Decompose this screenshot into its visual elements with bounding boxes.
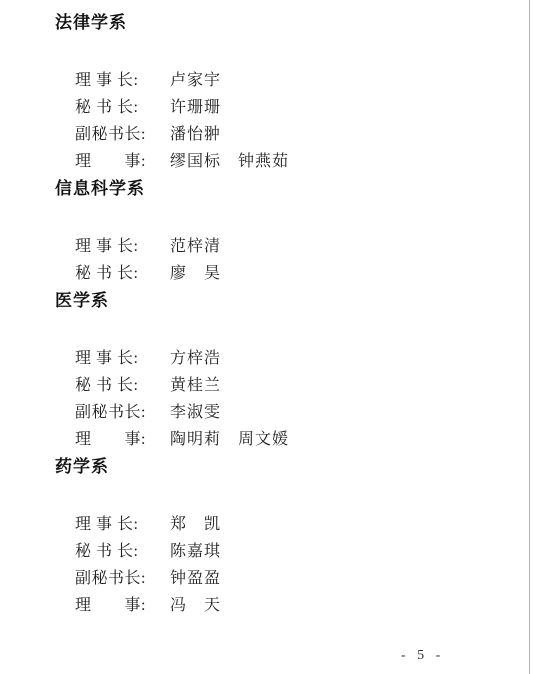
officer-name: 冯 天 [170,597,221,614]
officer-name: 陶明莉 周文媛 [170,431,289,448]
officer-role-label: 理 事 长: [75,511,161,538]
officer-name: 廖 昊 [170,265,221,282]
officer-role-label: 理 事 长: [75,67,161,94]
officer-role-label: 副秘书长: [75,565,161,592]
officer-row: 理 事 长:范梓清 [43,206,493,233]
officer-name: 卢家宇 [170,72,221,89]
officer-name: 方梓浩 [170,350,221,367]
officer-row: 理 事 长:郑 凯 [43,484,493,511]
section-heading: 药学系 [55,456,493,478]
officer-name: 范梓清 [170,238,221,255]
page-number: - 5 - [401,648,444,664]
section-heading: 医学系 [55,290,493,312]
officer-role-label: 理 事: [75,148,161,175]
officer-role-label: 秘 书 长: [75,538,161,565]
section-medicine-department: 医学系 理 事 长:方梓浩 秘 书 长:黄桂兰 副秘书长:李淑雯 理 事:陶明莉… [43,290,493,426]
officer-role-label: 理 事 长: [75,233,161,260]
section-law-department: 法律学系 理 事 长:卢家宇 秘 书 长:许珊珊 副秘书长:潘怡翀 理 事:缪国… [43,12,493,148]
section-information-science-department: 信息科学系 理 事 长:范梓清 秘 书 长:廖 昊 [43,178,493,260]
officer-role-label: 理 事: [75,592,161,619]
officer-name: 郑 凯 [170,516,221,533]
document-page: 法律学系 理 事 长:卢家宇 秘 书 长:许珊珊 副秘书长:潘怡翀 理 事:缪国… [0,0,533,674]
section-pharmacy-department: 药学系 理 事 长:郑 凯 秘 书 长:陈嘉琪 副秘书长:钟盈盈 理 事:冯 天 [43,456,493,592]
officer-name: 潘怡翀 [170,126,221,143]
officer-role-label: 副秘书长: [75,399,161,426]
officer-role-label: 秘 书 长: [75,372,161,399]
officer-name: 李淑雯 [170,404,221,421]
officer-name: 陈嘉琪 [170,543,221,560]
officer-name: 许珊珊 [170,99,221,116]
officer-name: 黄桂兰 [170,377,221,394]
officer-role-label: 理 事 长: [75,345,161,372]
officer-name: 钟盈盈 [170,570,221,587]
section-heading: 法律学系 [55,12,493,34]
officer-name: 缪国标 钟燕茹 [170,153,289,170]
officer-row: 理 事 长:卢家宇 [43,40,493,67]
officer-role-label: 理 事: [75,426,161,453]
officer-row: 理 事 长:方梓浩 [43,318,493,345]
officer-role-label: 秘 书 长: [75,94,161,121]
page-content: 法律学系 理 事 长:卢家宇 秘 书 长:许珊珊 副秘书长:潘怡翀 理 事:缪国… [43,12,493,622]
section-heading: 信息科学系 [55,178,493,200]
officer-role-label: 副秘书长: [75,121,161,148]
page-edge-divider [529,0,530,674]
officer-role-label: 秘 书 长: [75,260,161,287]
